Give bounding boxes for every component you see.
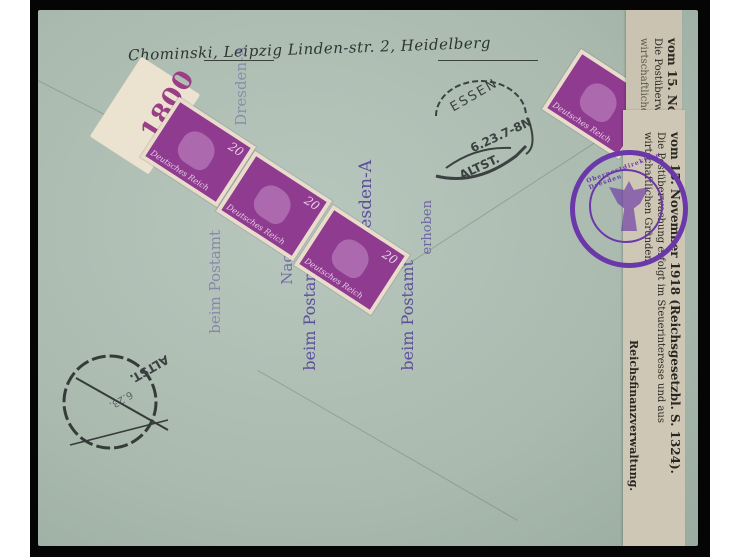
stamp-value: 20 [226, 139, 246, 159]
handwritten-address: Chominski, Leipzig Linden-str. 2, Heidel… [128, 34, 491, 65]
flap-fold-line [258, 370, 518, 521]
handstamp-erhoben: erhoben [420, 200, 435, 255]
label-upper-line: wirtschaftlichen [638, 38, 649, 120]
resealing-label-upper: vom 15. November Die Postüberwachung wir… [626, 10, 682, 110]
handstamp-beim-postamt-faint: beim Postamt [206, 230, 224, 334]
stamp-value: 20 [380, 247, 400, 267]
handstamp-beim-postamt-2: beim Postamt [398, 260, 417, 371]
handstamp-dresden-faint: Dresden-A [232, 46, 250, 126]
official-seal: Oberpostdirektion Dresden [570, 150, 688, 268]
label-line: Reichsfinanzverwaltung. [627, 340, 639, 491]
envelope: Chominski, Leipzig Linden-str. 2, Heidel… [38, 10, 698, 546]
stamp-value: 20 [302, 193, 322, 213]
address-underline [438, 60, 538, 61]
